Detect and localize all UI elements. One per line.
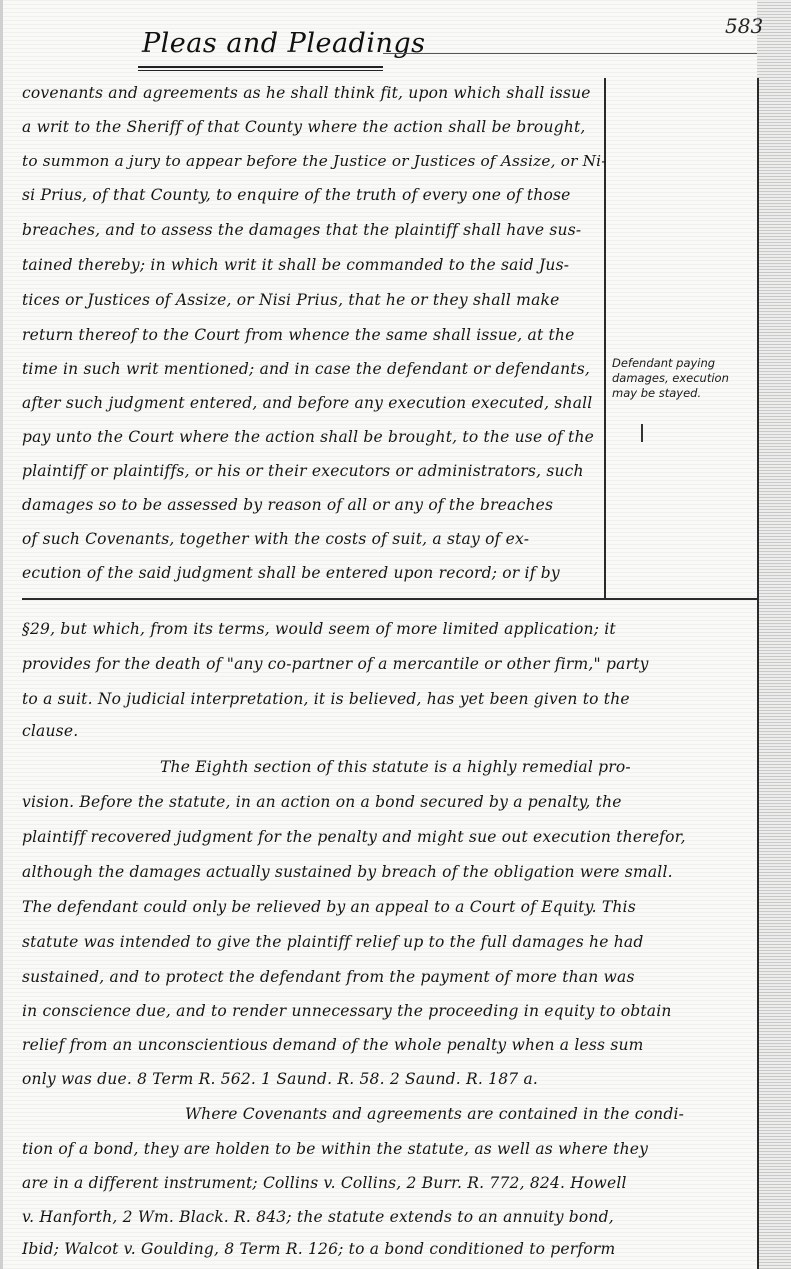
margin-note: Defendant paying damages, execution may … [612, 356, 752, 401]
text-line: clause. [22, 722, 757, 740]
text-line: v. Hanforth, 2 Wm. Black. R. 843; the st… [22, 1208, 757, 1226]
margin-note-line: damages, execution [612, 371, 752, 386]
text-line: only was due. 8 Term R. 562. 1 Saund. R.… [22, 1070, 757, 1088]
text-line: to a suit. No judicial interpretation, i… [22, 690, 757, 708]
text-line: tion of a bond, they are holden to be wi… [22, 1140, 757, 1158]
page-left-edge [0, 0, 3, 1269]
margin-note-line: Defendant paying [612, 356, 752, 371]
text-line: The Eighth section of this statute is a … [160, 758, 757, 776]
text-line: plaintiff recovered judgment for the pen… [22, 828, 757, 846]
section-divider [22, 598, 759, 600]
text-line: si Prius, of that County, to enquire of … [22, 186, 607, 204]
text-line: pay unto the Court where the action shal… [22, 428, 607, 446]
text-line: time in such writ mentioned; and in case… [22, 360, 607, 378]
text-line: to summon a jury to appear before the Ju… [22, 152, 607, 170]
title-rule [383, 53, 757, 54]
text-line: return thereof to the Court from whence … [22, 326, 607, 344]
text-line: are in a different instrument; Collins v… [22, 1174, 757, 1192]
text-line: damages so to be assessed by reason of a… [22, 496, 607, 514]
page-title: Pleas and Pleadings [142, 28, 426, 59]
text-line: vision. Before the statute, in an action… [22, 793, 757, 811]
text-line: after such judgment entered, and before … [22, 394, 607, 412]
text-line: of such Covenants, together with the cos… [22, 530, 607, 548]
text-line: ecution of the said judgment shall be en… [22, 564, 607, 582]
title-underline [138, 70, 383, 71]
text-line: although the damages actually sustained … [22, 863, 757, 881]
page-number: 583 [725, 14, 763, 38]
text-line: tices or Justices of Assize, or Nisi Pri… [22, 291, 607, 309]
margin-tick-mark [641, 424, 643, 442]
margin-note-line: may be stayed. [612, 386, 752, 401]
margin-column-right-rule [757, 78, 759, 1269]
text-line: breaches, and to assess the damages that… [22, 221, 607, 239]
text-line: tained thereby; in which writ it shall b… [22, 256, 607, 274]
text-line: Ibid; Walcot v. Goulding, 8 Term R. 126;… [22, 1240, 757, 1258]
text-line: statute was intended to give the plainti… [22, 933, 757, 951]
title-underline [138, 66, 383, 68]
text-line: plaintiff or plaintiffs, or his or their… [22, 462, 607, 480]
text-line: provides for the death of "any co-partne… [22, 655, 757, 673]
text-line: sustained, and to protect the defendant … [22, 968, 757, 986]
text-line: in conscience due, and to render unneces… [22, 1002, 757, 1020]
text-line: The defendant could only be relieved by … [22, 898, 757, 916]
page-right-margin-strip [757, 0, 791, 1269]
manuscript-page: 583 Pleas and Pleadings covenants and ag… [0, 0, 791, 1269]
text-line: relief from an unconscientious demand of… [22, 1036, 757, 1054]
text-line: Where Covenants and agreements are conta… [185, 1105, 757, 1123]
text-line: a writ to the Sheriff of that County whe… [22, 118, 607, 136]
text-line: covenants and agreements as he shall thi… [22, 84, 607, 102]
text-line: §29, but which, from its terms, would se… [22, 620, 757, 638]
